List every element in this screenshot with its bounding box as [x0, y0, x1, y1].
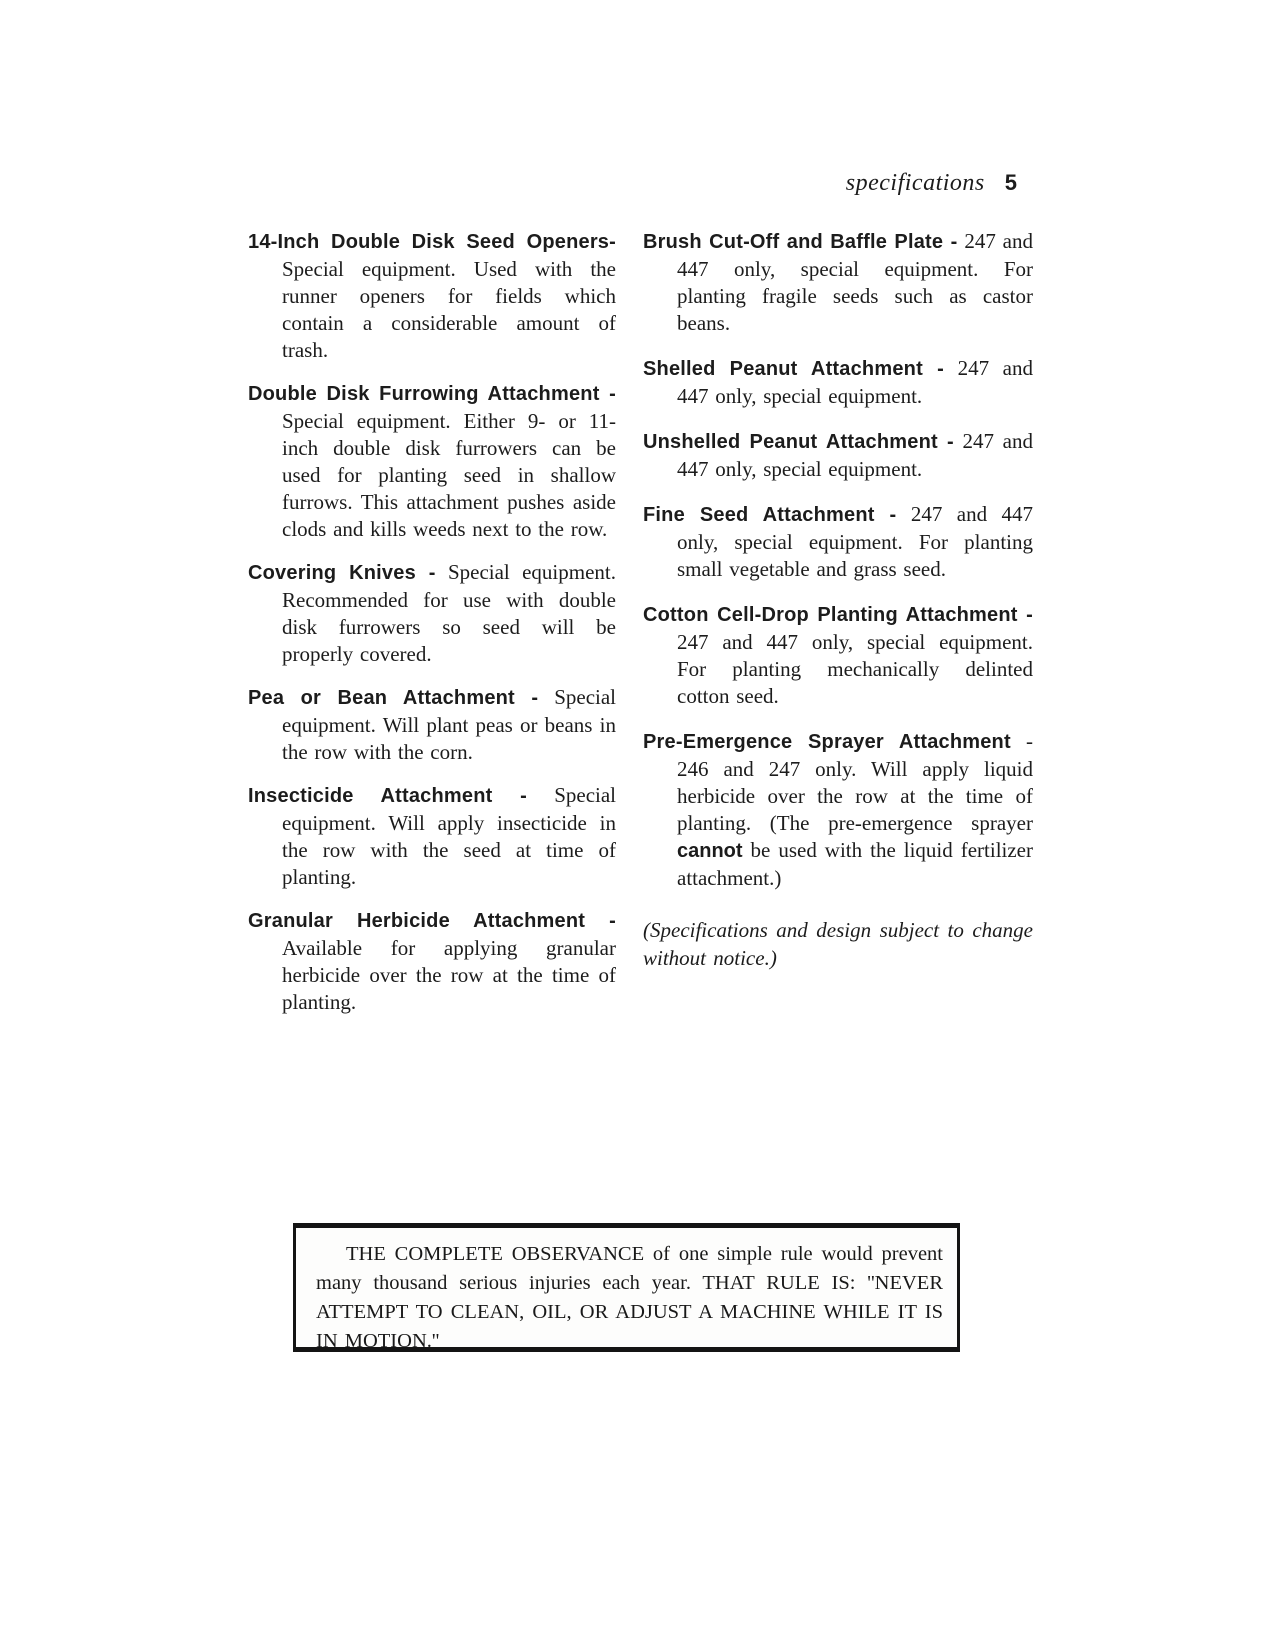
spec-item-title: 14-Inch Double Disk Seed Openers- [248, 231, 616, 253]
safety-warning-text: THE COMPLETE OBSERVANCE of one simple ru… [296, 1228, 957, 1356]
spec-item-brush-cutoff-baffle-plate: Brush Cut-Off and Baffle Plate - 247 and… [643, 228, 1033, 337]
spec-item-title: Insecticide Attachment - [248, 785, 527, 807]
spec-item-title: Brush Cut-Off and Baffle Plate - [643, 231, 957, 253]
page-number: 5 [1005, 170, 1017, 195]
spec-item-shelled-peanut-attachment: Shelled Peanut Attachment - 247 and 447 … [643, 355, 1033, 410]
spec-item-fine-seed-attachment: Fine Seed Attachment - 247 and 447 only,… [643, 501, 1033, 583]
spec-item-body: Special equipment. Used with the runner … [282, 257, 616, 362]
right-column: Brush Cut-Off and Baffle Plate - 247 and… [643, 228, 1033, 972]
spec-item-disk-seed-openers: 14-Inch Double Disk Seed Openers- Specia… [248, 228, 616, 364]
spec-item-body: 247 and 447 only, special equipment. For… [677, 630, 1033, 708]
spec-item-granular-herbicide-attachment: Granular Herbicide Attachment - Availabl… [248, 907, 616, 1016]
spec-item-title: Cotton Cell-Drop Planting Attachment - [643, 604, 1033, 626]
running-title: specifications [846, 170, 985, 196]
spec-item-body: Special equipment. Either 9- or 11-inch … [282, 409, 616, 541]
spec-item-title: Unshelled Peanut Attachment - [643, 431, 954, 453]
spec-item-title: Covering Knives - [248, 562, 436, 584]
spec-change-note: (Specifications and design subject to ch… [643, 916, 1033, 972]
spec-item-title: Pre-Emergence Sprayer Attachment [643, 731, 1011, 753]
spec-item-furrowing-attachment: Double Disk Furrowing Attachment - Speci… [248, 380, 616, 543]
spec-item-covering-knives: Covering Knives - Special equipment. Rec… [248, 559, 616, 668]
spec-item-insecticide-attachment: Insecticide Attachment - Special equipme… [248, 782, 616, 891]
left-column: 14-Inch Double Disk Seed Openers- Specia… [248, 228, 616, 1032]
manual-specifications-page: specifications5 14-Inch Double Disk Seed… [0, 0, 1275, 1650]
spec-item-title: Pea or Bean Attachment - [248, 687, 538, 709]
spec-item-bold-word: cannot [677, 840, 743, 862]
page-header: specifications5 [643, 170, 1017, 197]
spec-item-title: Double Disk Furrowing Attachment - [248, 383, 616, 405]
spec-item-cotton-cell-drop-attachment: Cotton Cell-Drop Planting Attachment - 2… [643, 601, 1033, 710]
spec-item-title: Shelled Peanut Attachment - [643, 358, 944, 380]
spec-item-pea-bean-attachment: Pea or Bean Attachment - Special equipme… [248, 684, 616, 766]
spec-item-title: Granular Herbicide Attachment - [248, 910, 616, 932]
spec-item-pre-emergence-sprayer: Pre-Emergence Sprayer Attachment - 246 a… [643, 728, 1033, 892]
spec-item-unshelled-peanut-attachment: Unshelled Peanut Attachment - 247 and 44… [643, 428, 1033, 483]
spec-item-body: Available for applying granular herbicid… [282, 936, 616, 1014]
spec-item-title: Fine Seed Attachment - [643, 504, 896, 526]
safety-warning-box: THE COMPLETE OBSERVANCE of one simple ru… [293, 1223, 960, 1352]
